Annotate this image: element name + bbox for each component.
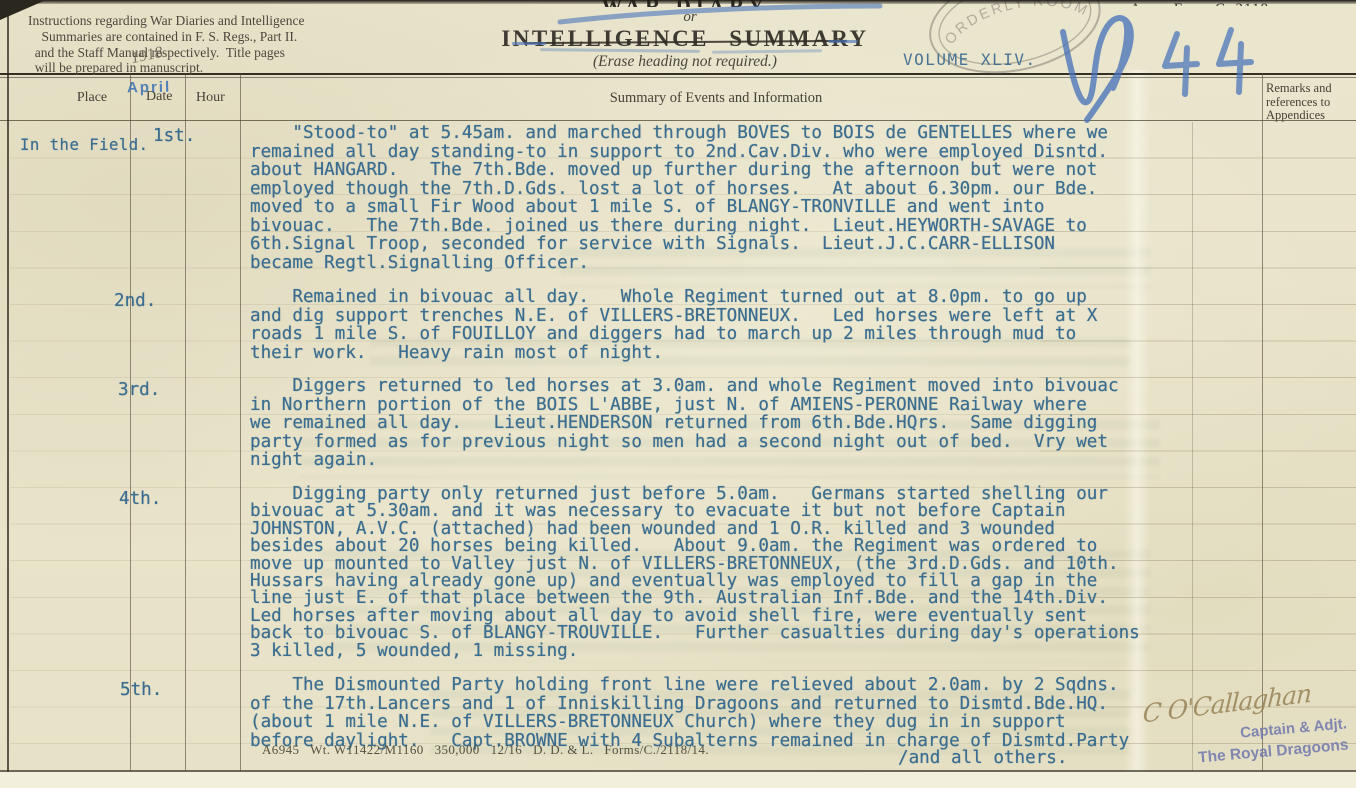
typed-line: "Stood-to" at 5.45am. and marched throug… — [250, 124, 1180, 143]
column-line-remarks — [1262, 73, 1263, 771]
diary-entry-april-2: Remained in bivouac all day. Whole Regim… — [250, 288, 1180, 362]
blue-strike-mark — [828, 40, 858, 43]
column-line-hour-summary — [240, 73, 241, 771]
typed-line: The Dismounted Party holding front line … — [250, 676, 1180, 695]
typed-line: besides about 20 horses being killed. Ab… — [250, 538, 1180, 555]
instructions-line: will be prepared in manuscript. — [28, 60, 368, 76]
typed-line: remained all day standing-to in support … — [250, 143, 1180, 162]
instructions-line: and the Staff Manual respectively. Title… — [28, 45, 368, 61]
erase-heading-note: (Erase heading not required.) — [535, 53, 835, 71]
remarks-header-line: references to — [1266, 96, 1356, 110]
column-line-place-date — [130, 73, 131, 771]
typed-line: moved to a small Fir Wood about 1 mile S… — [250, 198, 1180, 217]
place-value: In the Field. — [20, 136, 149, 154]
page-top-edge — [0, 0, 1356, 4]
diary-entry-april-1: "Stood-to" at 5.45am. and marched throug… — [250, 124, 1180, 272]
page-left-edge — [7, 0, 9, 772]
typed-line: and dig support trenches N.E. of VILLERS… — [250, 307, 1180, 326]
typed-line: we remained all day. Lieut.HENDERSON ret… — [250, 414, 1180, 433]
column-header-remarks: Remarks andreferences toAppendices — [1266, 82, 1356, 123]
diary-entry-april-4: Digging party only returned just before … — [250, 486, 1180, 660]
diary-entry-april-5: The Dismounted Party holding front line … — [250, 676, 1180, 750]
remarks-header-line: Appendices — [1266, 109, 1356, 123]
entry-date: 2nd. — [114, 291, 156, 311]
typed-line: back to bivouac S. of BLANGY-TROUVILLE. … — [250, 625, 1180, 642]
instructions-line: Summaries are contained in F. S. Regs., … — [28, 29, 368, 45]
typed-line: Remained in bivouac all day. Whole Regim… — [250, 288, 1180, 307]
remarks-header-line: Remarks and — [1266, 82, 1356, 96]
typed-line: roads 1 mile S. of FOUILLOY and diggers … — [250, 325, 1180, 344]
entry-date: 3rd. — [118, 380, 160, 400]
column-line-date-hour — [185, 73, 186, 771]
typed-line: in Northern portion of the BOIS L'ABBE, … — [250, 396, 1180, 415]
typed-line: of the 17th.Lancers and 1 of Inniskillin… — [250, 695, 1180, 714]
typed-line: 6th.Signal Troop, seconded for service w… — [250, 235, 1180, 254]
continuation-note: /and all others. — [898, 748, 1067, 768]
month-stamp: April — [127, 79, 171, 97]
volume-label: VOLUME XLIV. — [903, 50, 1037, 69]
form-print-code: A6945 Wt. W11422/M1160 350,000 12/16 D. … — [262, 742, 709, 758]
typed-line: their work. Heavy rain most of night. — [250, 344, 1180, 363]
column-line-summary-end — [1192, 122, 1193, 771]
typed-line: became Regtl.Signalling Officer. — [250, 254, 1180, 273]
typed-line: 3 killed, 5 wounded, 1 missing. — [250, 643, 1180, 660]
typed-line: Diggers returned to led horses at 3.0am.… — [250, 377, 1180, 396]
column-header-place: Place — [52, 90, 132, 106]
war-diary-page: Instructions regarding War Diaries and I… — [0, 0, 1356, 788]
typed-line: (about 1 mile N.E. of VILLERS-BRETONNEUX… — [250, 713, 1180, 732]
typed-line: bivouac. The 7th.Bde. joined us there du… — [250, 217, 1180, 236]
instructions-line: Instructions regarding War Diaries and I… — [28, 13, 368, 29]
title-or: or — [640, 9, 740, 26]
blue-strike-mark — [512, 42, 546, 45]
typed-line: party formed as for previous night so me… — [250, 433, 1180, 452]
diary-entry-april-3: Diggers returned to led horses at 3.0am.… — [250, 377, 1180, 470]
page-bottom-margin — [0, 772, 1356, 788]
handwritten-vol-mark — [1035, 2, 1265, 127]
typed-line: night again. — [250, 451, 1180, 470]
entry-date: 5th. — [120, 680, 162, 700]
entry-date: 4th. — [119, 489, 161, 509]
instructions-text: Instructions regarding War Diaries and I… — [28, 13, 368, 76]
column-header-hour: Hour — [196, 90, 225, 106]
typed-line: employed though the 7th.D.Gds. lost a lo… — [250, 180, 1180, 199]
typed-line: about HANGARD. The 7th.Bde. moved up fur… — [250, 161, 1180, 180]
entry-date: 1st. — [153, 126, 195, 146]
column-header-summary: Summary of Events and Information — [240, 90, 1192, 107]
